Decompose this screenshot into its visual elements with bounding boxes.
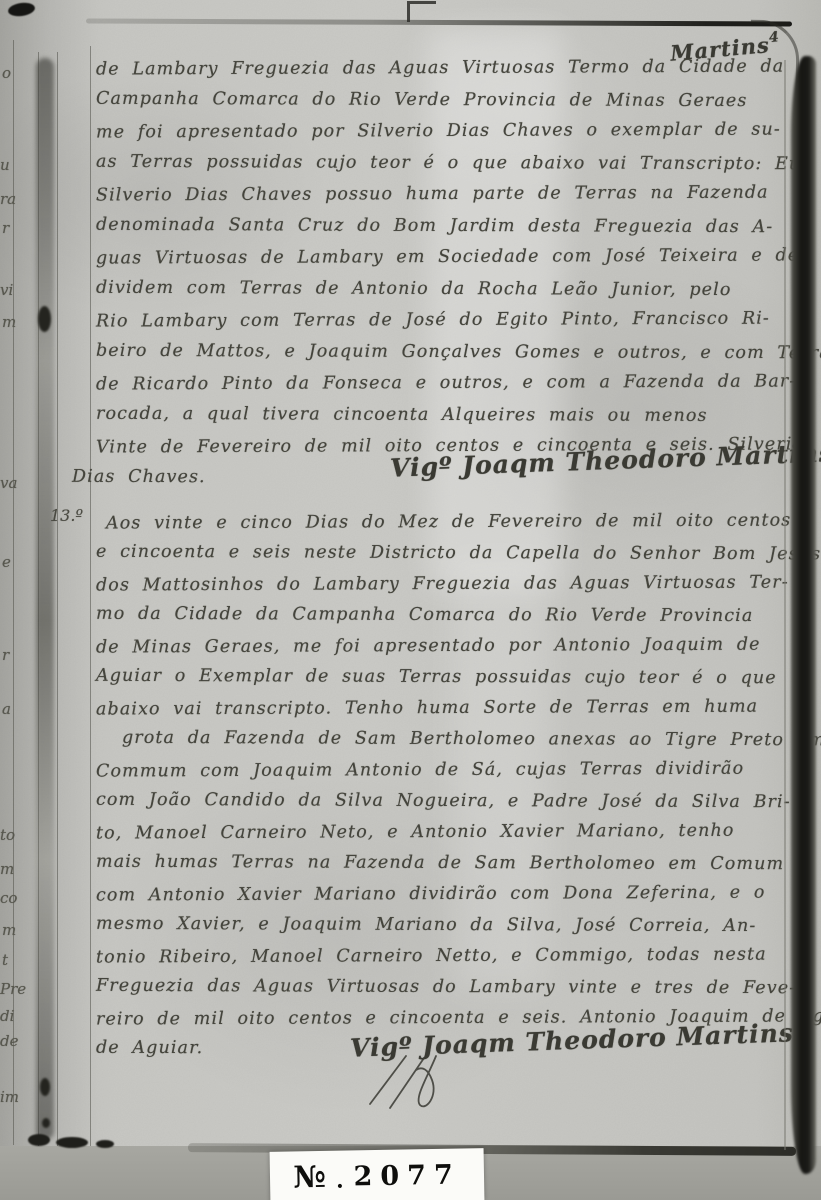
manuscript-line: grota da Fazenda de Sam Bertholomeo anex… (122, 728, 793, 761)
manuscript-line: Aguiar o Exemplar de suas Terras possuid… (96, 666, 793, 699)
binding-ink-blot (40, 1078, 50, 1096)
folio-number: 4 (768, 29, 780, 46)
number-stamp: № . 2077 (270, 1148, 485, 1200)
manuscript-line: guas Virtuosas de Lambary em Sociedade c… (96, 245, 793, 280)
manuscript-line: beiro de Mattos, e Joaquim Gonçalves Gom… (96, 340, 793, 374)
manuscript-line: de Lambary Freguezia das Aguas Virtuosas… (96, 56, 793, 91)
edge-text-fragment: de (0, 1032, 18, 1050)
edge-text-fragment: vi (0, 281, 13, 299)
manuscript-line: mo da Cidade da Campanha Comarca do Rio … (96, 604, 793, 637)
ink-blot-bottom-left (56, 1137, 88, 1148)
margin-rule-line (57, 52, 58, 1147)
edge-text-fragment: o (2, 64, 11, 82)
edge-text-fragment: di (0, 1007, 14, 1025)
edge-text-fragment: ra (0, 190, 16, 208)
manuscript-line: com Antonio Xavier Mariano dividirão com… (96, 882, 793, 916)
edge-text-fragment: t (2, 951, 8, 969)
manuscript-line: to, Manoel Carneiro Neto, e Antonio Xavi… (96, 820, 793, 854)
scanned-register-page: ourarvimvaeratomcomtPredideim Martins4 d… (0, 0, 821, 1200)
ink-blot-bottom-left (28, 1134, 50, 1146)
manuscript-line: abaixo vai transcripto. Tenho huma Sorte… (96, 696, 793, 730)
manuscript-line: Rio Lambary com Terras de José do Egito … (96, 308, 793, 343)
edge-text-fragment: m (0, 860, 14, 878)
corner-pen-mark (407, 1, 436, 22)
edge-text-fragment: a (2, 700, 11, 718)
manuscript-line: dividem com Terras de Antonio da Rocha L… (96, 277, 793, 311)
binding-ink-blot (38, 306, 51, 332)
register-entry-1: de Lambary Freguezia das Aguas Virtuosas… (96, 58, 793, 499)
previous-page-text-fragments: ourarvimvaeratomcomtPredideim (0, 0, 34, 1150)
manuscript-line: mais humas Terras na Fazenda de Sam Bert… (96, 852, 793, 885)
manuscript-line: mesmo Xavier, e Joaquim Mariano da Silva… (96, 914, 793, 947)
manuscript-line: me foi apresentado por Silverio Dias Cha… (96, 119, 793, 154)
stamp-separator: . (336, 1168, 344, 1194)
manuscript-line: Silverio Dias Chaves possuo huma parte d… (96, 182, 793, 217)
edge-text-fragment: va (0, 474, 17, 492)
manuscript-line: Freguezia das Aguas Virtuosas do Lambary… (96, 976, 793, 1009)
edge-text-fragment: to (0, 826, 15, 844)
page-top-edge (86, 18, 792, 26)
manuscript-line: rocada, a qual tivera cincoenta Alqueire… (96, 403, 793, 437)
manuscript-line: tonio Ribeiro, Manoel Carneiro Netto, e … (96, 944, 793, 978)
edge-text-fragment: Pre (0, 980, 26, 998)
manuscript-line: as Terras possuidas cujo teor é o que ab… (96, 151, 793, 185)
edge-text-fragment: m (2, 313, 16, 331)
edge-text-fragment: e (2, 553, 11, 571)
edge-text-fragment: u (0, 156, 10, 174)
manuscript-line: Aos vinte e cinco Dias do Mez de Feverei… (106, 511, 793, 545)
manuscript-line: Campanha Comarca do Rio Verde Provincia … (96, 88, 793, 122)
edge-text-fragment: r (2, 219, 9, 237)
ink-blot-bottom-left (96, 1140, 114, 1148)
stamp-numero-sign: № (293, 1159, 326, 1195)
manuscript-line: de Ricardo Pinto da Fonseca e outros, e … (96, 371, 793, 406)
edge-text-fragment: im (0, 1088, 19, 1106)
margin-rule-line (90, 46, 91, 1146)
manuscript-line: Commum com Joaquim Antonio de Sá, cujas … (96, 758, 793, 792)
entry-number-13: 13.º (50, 506, 83, 525)
stamp-number: 2077 (353, 1159, 461, 1192)
manuscript-line: dos Mattosinhos do Lambary Freguezia das… (96, 572, 793, 606)
binding-shadow (36, 58, 54, 1140)
edge-text-fragment: m (2, 921, 16, 939)
signature-flourish (362, 1050, 482, 1112)
manuscript-line: denominada Santa Cruz do Bom Jardim dest… (96, 214, 793, 248)
edge-text-fragment: co (0, 889, 17, 907)
book-edge-shadow (791, 56, 816, 1174)
edge-text-fragment: r (2, 646, 9, 664)
manuscript-line: de Minas Geraes, me foi apresentado por … (96, 634, 793, 668)
manuscript-line: com João Candido da Silva Nogueira, e Pa… (96, 790, 793, 823)
page-fold-line (784, 60, 786, 1150)
manuscript-line: e cincoenta e seis neste Districto da Ca… (96, 542, 793, 575)
register-entry-2: Aos vinte e cinco Dias do Mez de Feverei… (96, 512, 793, 1070)
binding-ink-blot (42, 1118, 50, 1128)
